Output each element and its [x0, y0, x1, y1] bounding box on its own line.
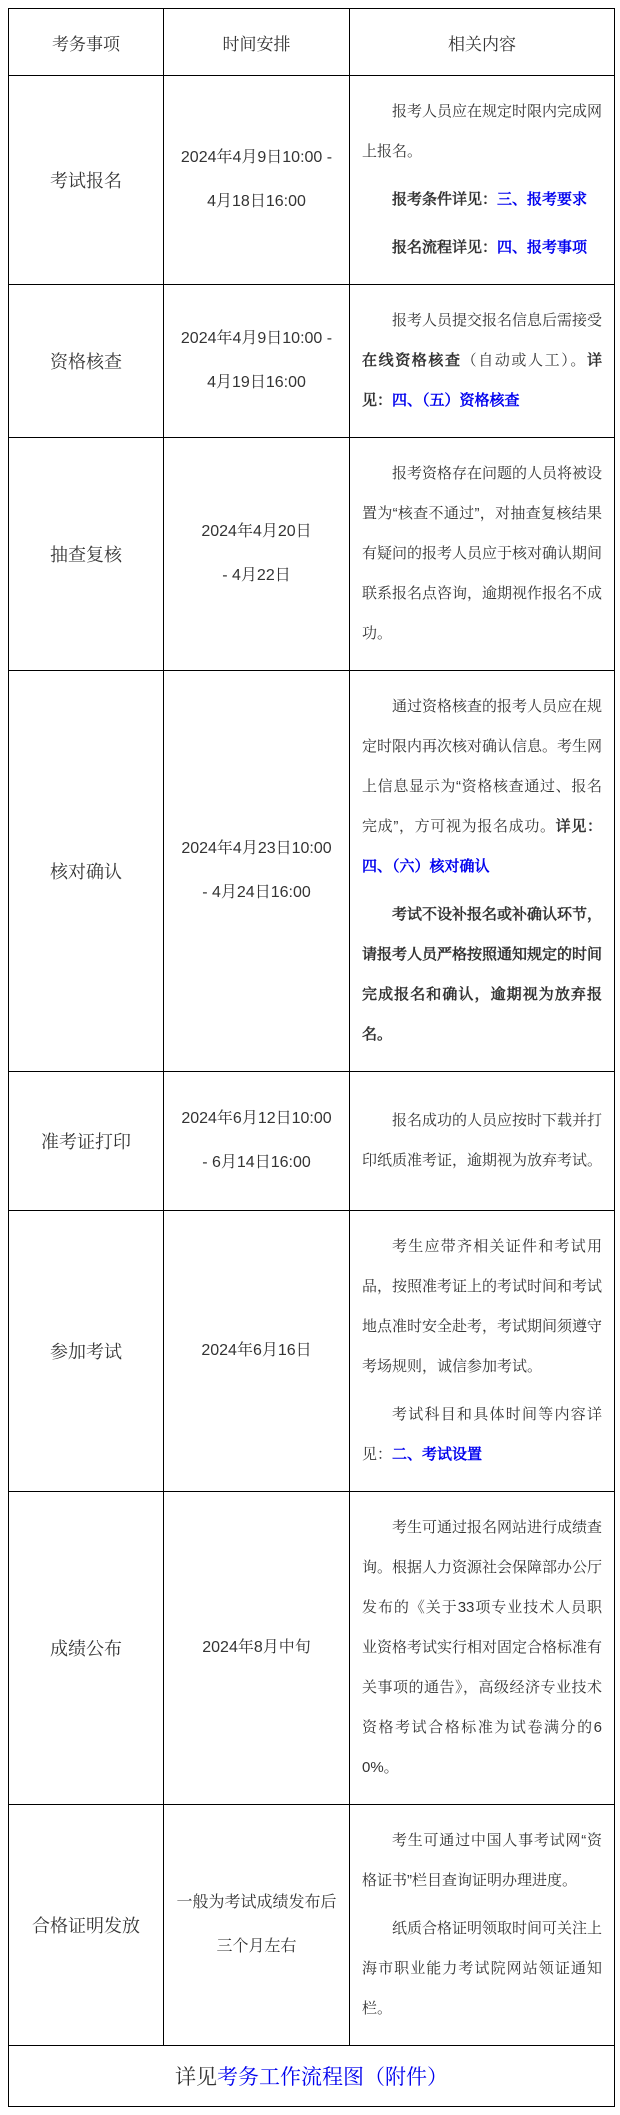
content-paragraph: 考生可通过中国人事考试网“资格证书”栏目查询证明办理进度。: [362, 1821, 602, 1901]
content-paragraph: 报考条件详见：三、报考要求: [362, 180, 602, 220]
content-paragraph: 考生应带齐相关证件和考试用品，按照准考证上的考试时间和考试地点准时安全赴考，考试…: [362, 1227, 602, 1387]
footer-note: 详见考务工作流程图（附件）: [9, 2046, 615, 2107]
page-container: 考务事项 时间安排 相关内容 考试报名2024年4月9日10:00 -4月18日…: [0, 0, 620, 2115]
time-line: 2024年6月12日10:00: [170, 1097, 343, 1141]
inline-link[interactable]: 四、（五）资格核查: [392, 392, 520, 409]
time-range: 2024年4月20日- 4月22日: [164, 438, 350, 671]
content-paragraph: 报考资格存在问题的人员将被设置为“核查不通过”，对抽查复核结果有疑问的报考人员应…: [362, 454, 602, 654]
exam-item-label: 准考证打印: [9, 1072, 164, 1211]
emphasis-text: 在线资格核查: [362, 352, 462, 369]
time-range: 一般为考试成绩发布后三个月左右: [164, 1805, 350, 2046]
time-line: 2024年4月9日10:00 -: [170, 136, 343, 180]
related-content: 报考人员提交报名信息后需接受在线资格核查（自动或人工）。详见：四、（五）资格核查: [350, 285, 615, 438]
body-text: 报考资格存在问题的人员将被设置为“核查不通过”，对抽查复核结果有疑问的报考人员应…: [362, 465, 602, 642]
header-row: 考务事项 时间安排 相关内容: [9, 9, 615, 76]
table-row: 资格核查2024年4月9日10:00 -4月19日16:00报考人员提交报名信息…: [9, 285, 615, 438]
content-paragraph: 报名成功的人员应按时下载并打印纸质准考证，逾期视为放弃考试。: [362, 1101, 602, 1181]
related-content: 考生可通过报名网站进行成绩查询。根据人力资源社会保障部办公厅发布的《关于33项专…: [350, 1492, 615, 1805]
body-text: 报考人员应在规定时限内完成网上报名。: [362, 103, 602, 160]
content-paragraph: 报考人员应在规定时限内完成网上报名。: [362, 92, 602, 172]
exam-item-label: 抽查复核: [9, 438, 164, 671]
body-text: 通过资格核查的报考人员应在规定时限内再次核对确认信息。考生网上信息显示为“资格核…: [362, 698, 602, 835]
content-paragraph: 考生可通过报名网站进行成绩查询。根据人力资源社会保障部办公厅发布的《关于33项专…: [362, 1508, 602, 1788]
related-content: 通过资格核查的报考人员应在规定时限内再次核对确认信息。考生网上信息显示为“资格核…: [350, 671, 615, 1072]
table-row: 核对确认2024年4月23日10:00- 4月24日16:00通过资格核查的报考…: [9, 671, 615, 1072]
column-header-content: 相关内容: [350, 9, 615, 76]
time-line: - 4月22日: [170, 554, 343, 598]
time-line: 2024年6月16日: [170, 1329, 343, 1373]
exam-item-label: 成绩公布: [9, 1492, 164, 1805]
body-text: 报名成功的人员应按时下载并打印纸质准考证，逾期视为放弃考试。: [362, 1112, 602, 1169]
content-paragraph: 通过资格核查的报考人员应在规定时限内再次核对确认信息。考生网上信息显示为“资格核…: [362, 687, 602, 887]
related-content: 报名成功的人员应按时下载并打印纸质准考证，逾期视为放弃考试。: [350, 1072, 615, 1211]
emphasis-text: 详见：: [556, 818, 602, 835]
time-line: 2024年4月20日: [170, 510, 343, 554]
table-row: 成绩公布2024年8月中旬考生可通过报名网站进行成绩查询。根据人力资源社会保障部…: [9, 1492, 615, 1805]
time-range: 2024年4月23日10:00- 4月24日16:00: [164, 671, 350, 1072]
exam-item-label: 核对确认: [9, 671, 164, 1072]
table-row: 参加考试2024年6月16日考生应带齐相关证件和考试用品，按照准考证上的考试时间…: [9, 1211, 615, 1492]
time-range: 2024年6月12日10:00- 6月14日16:00: [164, 1072, 350, 1211]
time-line: - 6月14日16:00: [170, 1141, 343, 1185]
related-content: 报考人员应在规定时限内完成网上报名。报考条件详见：三、报考要求报名流程详见：四、…: [350, 76, 615, 285]
time-line: 2024年4月23日10:00: [170, 827, 343, 871]
emphasis-text: 报名流程详见：: [392, 239, 497, 256]
table-row: 抽查复核2024年4月20日- 4月22日报考资格存在问题的人员将被设置为“核查…: [9, 438, 615, 671]
time-line: 一般为考试成绩发布后: [170, 1881, 343, 1925]
table-row: 合格证明发放一般为考试成绩发布后三个月左右考生可通过中国人事考试网“资格证书”栏…: [9, 1805, 615, 2046]
time-line: 4月19日16:00: [170, 361, 343, 405]
body-text: 报考人员提交报名信息后需接受: [392, 312, 602, 329]
time-line: 2024年4月9日10:00 -: [170, 317, 343, 361]
content-paragraph: 报名流程详见：四、报考事项: [362, 228, 602, 268]
related-content: 考生应带齐相关证件和考试用品，按照准考证上的考试时间和考试地点准时安全赴考，考试…: [350, 1211, 615, 1492]
time-line: 三个月左右: [170, 1925, 343, 1969]
exam-item-label: 考试报名: [9, 76, 164, 285]
content-paragraph: 考试不设补报名或补确认环节，请报考人员严格按照通知规定的时间完成报名和确认，逾期…: [362, 895, 602, 1055]
emphasis-text: 报考条件详见：: [392, 191, 497, 208]
table-row: 准考证打印2024年6月12日10:00- 6月14日16:00报名成功的人员应…: [9, 1072, 615, 1211]
inline-link[interactable]: 四、报考事项: [497, 239, 587, 256]
table-row: 考试报名2024年4月9日10:00 -4月18日16:00报考人员应在规定时限…: [9, 76, 615, 285]
content-paragraph: 纸质合格证明领取时间可关注上海市职业能力考试院网站领证通知栏。: [362, 1909, 602, 2029]
body-text: 详见: [175, 2066, 217, 2089]
time-line: - 4月24日16:00: [170, 871, 343, 915]
exam-item-label: 资格核查: [9, 285, 164, 438]
emphasis-text: 考试不设补报名或补确认环节，请报考人员严格按照通知规定的时间完成报名和确认，逾期…: [362, 906, 602, 1043]
time-range: 2024年8月中旬: [164, 1492, 350, 1805]
inline-link[interactable]: 三、报考要求: [497, 191, 587, 208]
body-text: 考生应带齐相关证件和考试用品，按照准考证上的考试时间和考试地点准时安全赴考，考试…: [362, 1238, 602, 1375]
inline-link[interactable]: 四、（六）核对确认: [362, 858, 490, 875]
content-paragraph: 考试科目和具体时间等内容详见：二、考试设置: [362, 1395, 602, 1475]
body-text: 考生可通过中国人事考试网“资格证书”栏目查询证明办理进度。: [362, 1832, 602, 1889]
time-range: 2024年4月9日10:00 -4月19日16:00: [164, 285, 350, 438]
exam-item-label: 参加考试: [9, 1211, 164, 1492]
exam-schedule-table: 考务事项 时间安排 相关内容 考试报名2024年4月9日10:00 -4月18日…: [8, 8, 615, 2107]
body-text: 纸质合格证明领取时间可关注上海市职业能力考试院网站领证通知栏。: [362, 1920, 602, 2017]
content-paragraph: 报考人员提交报名信息后需接受在线资格核查（自动或人工）。详见：四、（五）资格核查: [362, 301, 602, 421]
inline-link[interactable]: 二、考试设置: [392, 1446, 482, 1463]
time-range: 2024年6月16日: [164, 1211, 350, 1492]
time-line: 2024年8月中旬: [170, 1626, 343, 1670]
related-content: 报考资格存在问题的人员将被设置为“核查不通过”，对抽查复核结果有疑问的报考人员应…: [350, 438, 615, 671]
time-range: 2024年4月9日10:00 -4月18日16:00: [164, 76, 350, 285]
exam-item-label: 合格证明发放: [9, 1805, 164, 2046]
body-text: 考生可通过报名网站进行成绩查询。根据人力资源社会保障部办公厅发布的《关于33项专…: [362, 1519, 602, 1776]
column-header-time: 时间安排: [164, 9, 350, 76]
related-content: 考生可通过中国人事考试网“资格证书”栏目查询证明办理进度。纸质合格证明领取时间可…: [350, 1805, 615, 2046]
body-text: （自动或人工）。: [462, 352, 587, 369]
column-header-exam-item: 考务事项: [9, 9, 164, 76]
flowchart-attachment-link[interactable]: 考务工作流程图（附件）: [217, 2066, 448, 2089]
footer-row: 详见考务工作流程图（附件）: [9, 2046, 615, 2107]
time-line: 4月18日16:00: [170, 180, 343, 224]
